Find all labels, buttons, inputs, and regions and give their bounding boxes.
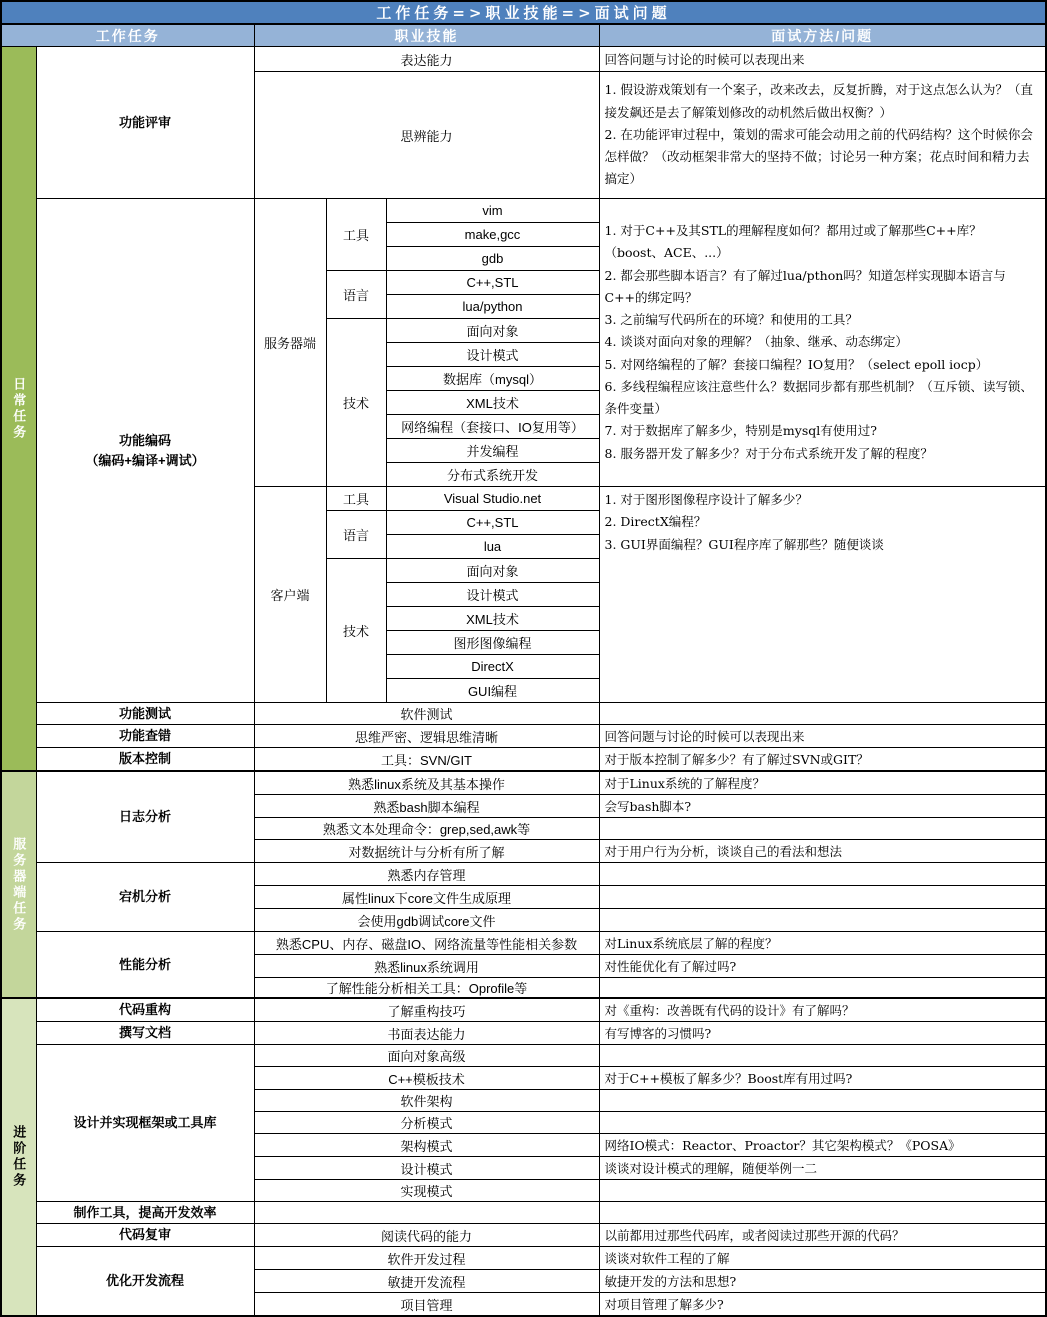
question-cell: 谈谈对软件工程的了解 [599, 1247, 1046, 1270]
task-feature-coding: 功能编码 （编码+编译+调试） [36, 199, 254, 703]
skill-cell: 表达能力 [254, 47, 599, 72]
question-cell: 回答问题与讨论的时候可以表现出来 [599, 47, 1046, 72]
question-cell: 对于C++模板了解多少？Boost库有用过吗? [599, 1067, 1046, 1090]
skill-cell: 书面表达能力 [254, 1022, 599, 1045]
skill-cell: 网络编程（套接口、IO复用等） [386, 415, 599, 439]
question-cell: 网络IO模式：Reactor、Proactor？其它架构模式？《POSA》 [599, 1134, 1046, 1157]
question-cell: 回答问题与讨论的时候可以表现出来 [599, 725, 1046, 748]
skill-cell: 图形图像编程 [386, 631, 599, 655]
skill-cell: GUI编程 [386, 679, 599, 703]
skill-cell: 会使用gdb调试core文件 [254, 909, 599, 932]
task-log-analysis: 日志分析 [36, 771, 254, 863]
languages-group-cell: 语言 [326, 511, 386, 559]
skill-cell: make,gcc [386, 223, 599, 247]
question-cell: 敏捷开发的方法和思想? [599, 1270, 1046, 1293]
question-cell: 1. 假设游戏策划有一个案子，改来改去，反复折腾，对于这点怎么认为？（直接发飙还… [599, 72, 1046, 199]
question-cell: 以前都用过那些代码库，或者阅读过那些开源的代码？ [599, 1224, 1046, 1247]
skill-cell: vim [386, 199, 599, 223]
skill-cell: 属性linux下core文件生成原理 [254, 886, 599, 909]
skill-cell [254, 1202, 599, 1224]
skill-cell: C++,STL [386, 511, 599, 535]
task-feature-testing: 功能测试 [36, 703, 254, 725]
skill-cell: 熟悉内存管理 [254, 863, 599, 886]
client-side-cell: 客户端 [254, 487, 326, 703]
task-feature-review: 功能评审 [36, 47, 254, 199]
header-task-column: 工作任务 [1, 24, 254, 47]
question-cell [599, 1090, 1046, 1112]
skill-cell: 并发编程 [386, 439, 599, 463]
skill-cell: XML技术 [386, 391, 599, 415]
tools-group-cell: 工具 [326, 199, 386, 271]
task-code-refactoring: 代码重构 [36, 998, 254, 1022]
question-cell [599, 818, 1046, 840]
skill-cell: 设计模式 [386, 343, 599, 367]
question-cell [599, 1202, 1046, 1224]
skill-cell: 面向对象 [386, 559, 599, 583]
skill-cell: Visual Studio.net [386, 487, 599, 511]
header-question-column: 面试方法/问题 [599, 24, 1046, 47]
skill-cell: 软件测试 [254, 703, 599, 725]
question-cell [599, 1045, 1046, 1067]
tech-group-cell: 技术 [326, 559, 386, 703]
skill-cell: 软件架构 [254, 1090, 599, 1112]
skill-cell: 软件开发过程 [254, 1247, 599, 1270]
skill-cell: gdb [386, 247, 599, 271]
skill-cell: 项目管理 [254, 1293, 599, 1317]
task-version-control: 版本控制 [36, 748, 254, 772]
question-cell: 对于用户行为分析，谈谈自己的看法和想法 [599, 840, 1046, 863]
skill-cell: 熟悉CPU、内存、磁盘IO、网络流量等性能相关参数 [254, 932, 599, 955]
task-crash-analysis: 宕机分析 [36, 863, 254, 932]
page: 工作任务=>职业技能=>面试问题 工作任务 职业技能 面试方法/问题 日常任务 … [0, 0, 1047, 1317]
skill-cell: 分析模式 [254, 1112, 599, 1134]
question-cell: 对《重构：改善既有代码的设计》有了解吗？ [599, 998, 1046, 1022]
skill-cell: 思辨能力 [254, 72, 599, 199]
table-title: 工作任务=>职业技能=>面试问题 [1, 1, 1046, 24]
question-cell [599, 703, 1046, 725]
skill-cell: 熟悉linux系统调用 [254, 955, 599, 978]
question-cell [599, 1112, 1046, 1134]
question-cell: 对性能优化有了解过吗? [599, 955, 1046, 978]
skill-cell: lua/python [386, 295, 599, 319]
skill-cell: C++模板技术 [254, 1067, 599, 1090]
task-debugging: 功能查错 [36, 725, 254, 748]
skill-cell: 熟悉文本处理命令：grep,sed,awk等 [254, 818, 599, 840]
server-side-cell: 服务器端 [254, 199, 326, 487]
sidebar-advanced-tasks: 进阶任务 [1, 998, 36, 1316]
question-cell: 对于版本控制了解多少？有了解过SVN或GIT？ [599, 748, 1046, 772]
skill-cell: 对数据统计与分析有所了解 [254, 840, 599, 863]
task-framework-design: 设计并实现框架或工具库 [36, 1045, 254, 1202]
question-cell: 会写bash脚本? [599, 795, 1046, 818]
question-cell [599, 909, 1046, 932]
question-cell: 对于Linux系统的了解程度？ [599, 771, 1046, 795]
skill-cell: C++,STL [386, 271, 599, 295]
skill-cell: 面向对象高级 [254, 1045, 599, 1067]
question-cell: 谈谈对设计模式的理解，随便举例一二 [599, 1157, 1046, 1180]
question-cell: 有写博客的习惯吗? [599, 1022, 1046, 1045]
skill-cell: DirectX [386, 655, 599, 679]
skill-cell: XML技术 [386, 607, 599, 631]
question-cell: 对项目管理了解多少? [599, 1293, 1046, 1317]
skill-cell: 了解重构技巧 [254, 998, 599, 1022]
skill-cell: 阅读代码的能力 [254, 1224, 599, 1247]
question-cell [599, 886, 1046, 909]
question-cell-server: 1. 对于C++及其STL的理解程度如何？都用过或了解那些C++库？（boost… [599, 199, 1046, 487]
skill-cell: 设计模式 [254, 1157, 599, 1180]
tools-group-cell: 工具 [326, 487, 386, 511]
skill-cell: lua [386, 535, 599, 559]
skill-cell: 熟悉linux系统及其基本操作 [254, 771, 599, 795]
skill-cell: 思维严密、逻辑思维清晰 [254, 725, 599, 748]
question-cell: 对Linux系统底层了解的程度？ [599, 932, 1046, 955]
skill-cell: 熟悉bash脚本编程 [254, 795, 599, 818]
skill-cell: 了解性能分析相关工具：Oprofile等 [254, 978, 599, 999]
question-cell [599, 1180, 1046, 1202]
skills-interview-table: 工作任务=>职业技能=>面试问题 工作任务 职业技能 面试方法/问题 日常任务 … [0, 0, 1047, 1317]
skill-cell: 架构模式 [254, 1134, 599, 1157]
sidebar-daily-tasks: 日常任务 [1, 47, 36, 772]
skill-cell: 敏捷开发流程 [254, 1270, 599, 1293]
question-cell [599, 863, 1046, 886]
skill-cell: 数据库（mysql） [386, 367, 599, 391]
languages-group-cell: 语言 [326, 271, 386, 319]
skill-cell: 设计模式 [386, 583, 599, 607]
header-skill-column: 职业技能 [254, 24, 599, 47]
skill-cell: 分布式系统开发 [386, 463, 599, 487]
task-tooling: 制作工具，提高开发效率 [36, 1202, 254, 1224]
skill-cell: 面向对象 [386, 319, 599, 343]
task-code-review: 代码复审 [36, 1224, 254, 1247]
sidebar-server-tasks: 服务器端任务 [1, 771, 36, 998]
skill-cell: 实现模式 [254, 1180, 599, 1202]
task-process-optimization: 优化开发流程 [36, 1247, 254, 1317]
question-cell [599, 978, 1046, 999]
skill-cell: 工具：SVN/GIT [254, 748, 599, 772]
task-performance-analysis: 性能分析 [36, 932, 254, 999]
task-documentation: 撰写文档 [36, 1022, 254, 1045]
tech-group-cell: 技术 [326, 319, 386, 487]
question-cell-client: 1. 对于图形图像程序设计了解多少？ 2. DirectX编程？ 3. GUI界… [599, 487, 1046, 703]
